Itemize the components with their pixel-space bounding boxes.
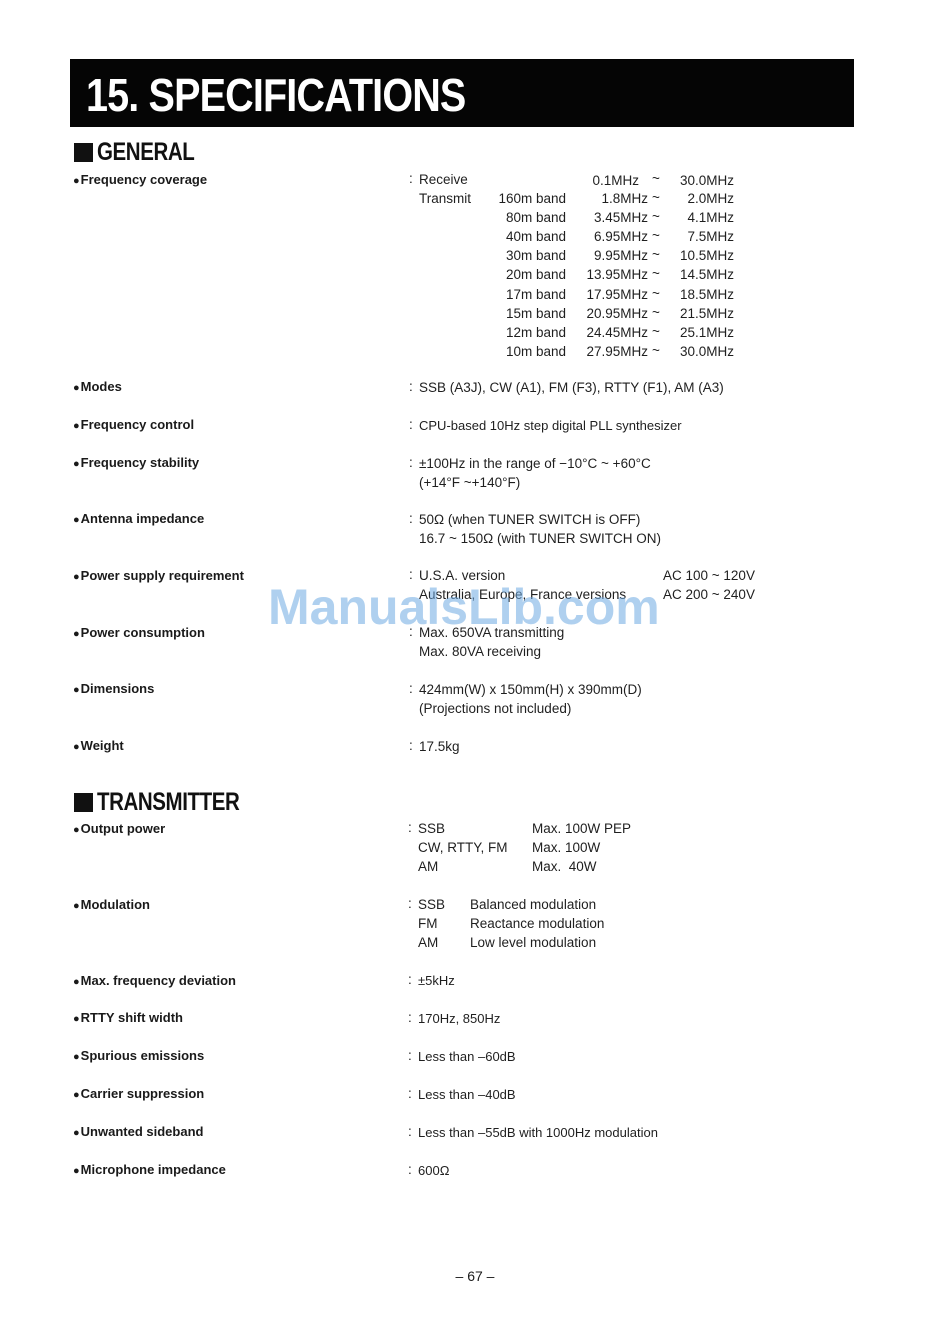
bullet-icon: ● xyxy=(73,571,80,583)
colon: : xyxy=(408,1086,412,1101)
bullet-icon: ● xyxy=(73,1051,80,1063)
band-to: 7.5MHz xyxy=(660,227,734,246)
section-heading-text: GENERAL xyxy=(97,138,194,167)
spec-label-microphone-impedance: ●Microphone impedance xyxy=(73,1162,226,1177)
label-text: Unwanted sideband xyxy=(81,1124,204,1139)
label-text: Frequency coverage xyxy=(81,172,207,187)
label-text: Frequency control xyxy=(81,417,194,432)
spec-label-power-supply: ●Power supply requirement xyxy=(73,568,244,583)
microphone-impedance-value: 600Ω xyxy=(418,1161,449,1180)
tilde: ~ xyxy=(652,169,660,188)
band-from: 1.8MHz xyxy=(560,189,648,208)
bullet-icon: ● xyxy=(73,684,80,696)
weight-value: 17.5kg xyxy=(419,737,460,756)
band-from: 13.95MHz xyxy=(560,265,648,284)
max-frequency-deviation-value: ±5kHz xyxy=(418,971,455,990)
colon: : xyxy=(409,417,413,432)
label-text: Output power xyxy=(81,821,166,836)
frequency-control-value: CPU-based 10Hz step digital PLL synthesi… xyxy=(419,416,682,435)
spec-label-dimensions: ●Dimensions xyxy=(73,681,154,696)
modes-value: SSB (A3J), CW (A1), FM (F3), RTTY (F1), … xyxy=(419,378,724,397)
band-to: 21.5MHz xyxy=(660,304,734,323)
bullet-icon: ● xyxy=(73,382,80,394)
square-bullet-icon xyxy=(74,793,93,812)
band-from: 3.45MHz xyxy=(560,208,648,227)
colon: : xyxy=(409,738,413,753)
band-to: 18.5MHz xyxy=(660,285,734,304)
label-text: Max. frequency deviation xyxy=(81,973,236,988)
spec-label-frequency-control: ●Frequency control xyxy=(73,417,194,432)
label-text: Power consumption xyxy=(81,625,205,640)
modulation-value-0: Balanced modulation xyxy=(470,895,596,914)
section-heading-transmitter: TRANSMITTER xyxy=(74,789,271,815)
bullet-icon: ● xyxy=(73,514,80,526)
band-to: 25.1MHz xyxy=(660,323,734,342)
band-from: 9.95MHz xyxy=(560,246,648,265)
output-power-value-1: Max. 100W xyxy=(532,838,600,857)
colon: : xyxy=(409,624,413,639)
colon: : xyxy=(409,379,413,394)
band-to: 4.1MHz xyxy=(660,208,734,227)
dimensions-line1: 424mm(W) x 150mm(H) x 390mm(D) xyxy=(419,680,642,699)
dimensions-line2: (Projections not included) xyxy=(419,699,571,718)
bullet-icon: ● xyxy=(73,1127,80,1139)
band-name: 17m band xyxy=(480,285,566,304)
band-name: 12m band xyxy=(480,323,566,342)
power-consumption-line2: Max. 80VA receiving xyxy=(419,642,541,661)
band-to: 2.0MHz xyxy=(660,189,734,208)
tilde: ~ xyxy=(652,322,660,341)
receive-from: 0.1MHz xyxy=(560,171,639,190)
bullet-icon: ● xyxy=(73,741,80,753)
label-text: Microphone impedance xyxy=(81,1162,226,1177)
tilde: ~ xyxy=(652,226,660,245)
colon: : xyxy=(408,1010,412,1025)
bullet-icon: ● xyxy=(73,900,80,912)
bullet-icon: ● xyxy=(73,1013,80,1025)
page-title: 15. SPECIFICATIONS xyxy=(86,65,465,125)
label-text: Modulation xyxy=(81,897,150,912)
band-to: 10.5MHz xyxy=(660,246,734,265)
label-text: Carrier suppression xyxy=(81,1086,205,1101)
tilde: ~ xyxy=(652,188,660,207)
power-supply-value-0: AC 100 ~ 120V xyxy=(663,566,755,585)
band-name: 10m band xyxy=(480,342,566,361)
band-to: 14.5MHz xyxy=(660,265,734,284)
spec-label-spurious-emissions: ●Spurious emissions xyxy=(73,1048,204,1063)
carrier-suppression-value: Less than –40dB xyxy=(418,1085,516,1104)
modulation-value-2: Low level modulation xyxy=(470,933,596,952)
colon: : xyxy=(409,171,413,186)
page-number: – 67 – xyxy=(0,1268,950,1284)
band-from: 6.95MHz xyxy=(560,227,648,246)
band-name: 40m band xyxy=(480,227,566,246)
power-supply-version-1: Australia, Europe, France versions xyxy=(419,585,626,604)
bullet-icon: ● xyxy=(73,1089,80,1101)
colon: : xyxy=(408,1162,412,1177)
label-text: Modes xyxy=(81,379,122,394)
receive-to: 30.0MHz xyxy=(660,171,734,190)
colon: : xyxy=(409,455,413,470)
antenna-impedance-line2: 16.7 ~ 150Ω (with TUNER SWITCH ON) xyxy=(419,529,661,548)
band-name: 20m band xyxy=(480,265,566,284)
bullet-icon: ● xyxy=(73,976,80,988)
spec-label-modulation: ●Modulation xyxy=(73,897,150,912)
power-supply-value-1: AC 200 ~ 240V xyxy=(663,585,755,604)
spec-label-power-consumption: ●Power consumption xyxy=(73,625,205,640)
band-from: 27.95MHz xyxy=(560,342,648,361)
band-from: 24.45MHz xyxy=(560,323,648,342)
label-text: Dimensions xyxy=(81,681,155,696)
spec-label-max-frequency-deviation: ●Max. frequency deviation xyxy=(73,973,236,988)
label-text: RTTY shift width xyxy=(81,1010,183,1025)
colon: : xyxy=(408,1048,412,1063)
bullet-icon: ● xyxy=(73,175,80,187)
modulation-value-1: Reactance modulation xyxy=(470,914,604,933)
band-name: 15m band xyxy=(480,304,566,323)
rtty-shift-width-value: 170Hz, 850Hz xyxy=(418,1009,500,1028)
receive-label: Receive xyxy=(419,170,468,189)
section-heading-general: GENERAL xyxy=(74,139,216,165)
tilde: ~ xyxy=(652,264,660,283)
output-power-value-2: Max. 40W xyxy=(532,857,597,876)
band-name: 30m band xyxy=(480,246,566,265)
band-from: 20.95MHz xyxy=(560,304,648,323)
power-supply-version-0: U.S.A. version xyxy=(419,566,505,585)
bullet-icon: ● xyxy=(73,628,80,640)
frequency-stability-line1: ±100Hz in the range of −10°C ~ +60°C xyxy=(419,454,651,473)
colon: : xyxy=(408,1124,412,1139)
spec-label-carrier-suppression: ●Carrier suppression xyxy=(73,1086,204,1101)
bullet-icon: ● xyxy=(73,458,80,470)
label-text: Antenna impedance xyxy=(81,511,205,526)
unwanted-sideband-value: Less than –55dB with 1000Hz modulation xyxy=(418,1123,658,1142)
band-name: 160m band xyxy=(480,189,566,208)
label-text: Weight xyxy=(81,738,124,753)
spec-label-modes: ●Modes xyxy=(73,379,122,394)
colon: : xyxy=(408,896,412,911)
output-power-value-0: Max. 100W PEP xyxy=(532,819,631,838)
section-heading-text: TRANSMITTER xyxy=(97,788,239,817)
band-from: 17.95MHz xyxy=(560,285,648,304)
output-power-mode-2: AM xyxy=(418,857,438,876)
spec-label-output-power: ●Output power xyxy=(73,821,165,836)
colon: : xyxy=(408,820,412,835)
bullet-icon: ● xyxy=(73,824,80,836)
square-bullet-icon xyxy=(74,143,93,162)
modulation-mode-1: FM xyxy=(418,914,438,933)
spurious-emissions-value: Less than –60dB xyxy=(418,1047,516,1066)
band-to: 30.0MHz xyxy=(660,342,734,361)
antenna-impedance-line1: 50Ω (when TUNER SWITCH is OFF) xyxy=(419,510,640,529)
tilde: ~ xyxy=(652,341,660,360)
modulation-mode-0: SSB xyxy=(418,895,445,914)
label-text: Spurious emissions xyxy=(81,1048,205,1063)
spec-label-weight: ●Weight xyxy=(73,738,124,753)
label-text: Frequency stability xyxy=(81,455,199,470)
spec-label-antenna-impedance: ●Antenna impedance xyxy=(73,511,204,526)
tilde: ~ xyxy=(652,303,660,322)
page-title-bar: 15. SPECIFICATIONS xyxy=(70,59,854,127)
transmit-label: Transmit xyxy=(419,189,471,208)
band-name: 80m band xyxy=(480,208,566,227)
tilde: ~ xyxy=(652,207,660,226)
colon: : xyxy=(409,511,413,526)
colon: : xyxy=(409,567,413,582)
tilde: ~ xyxy=(652,245,660,264)
modulation-mode-2: AM xyxy=(418,933,438,952)
label-text: Power supply requirement xyxy=(81,568,244,583)
bullet-icon: ● xyxy=(73,420,80,432)
colon: : xyxy=(409,681,413,696)
output-power-mode-1: CW, RTTY, FM xyxy=(418,838,508,857)
spec-label-frequency-coverage: ●Frequency coverage xyxy=(73,172,207,187)
spec-label-frequency-stability: ●Frequency stability xyxy=(73,455,199,470)
colon: : xyxy=(408,972,412,987)
frequency-stability-line2: (+14°F ~+140°F) xyxy=(419,473,520,492)
power-consumption-line1: Max. 650VA transmitting xyxy=(419,623,564,642)
bullet-icon: ● xyxy=(73,1165,80,1177)
spec-label-rtty-shift-width: ●RTTY shift width xyxy=(73,1010,183,1025)
tilde: ~ xyxy=(652,284,660,303)
output-power-mode-0: SSB xyxy=(418,819,445,838)
spec-label-unwanted-sideband: ●Unwanted sideband xyxy=(73,1124,203,1139)
